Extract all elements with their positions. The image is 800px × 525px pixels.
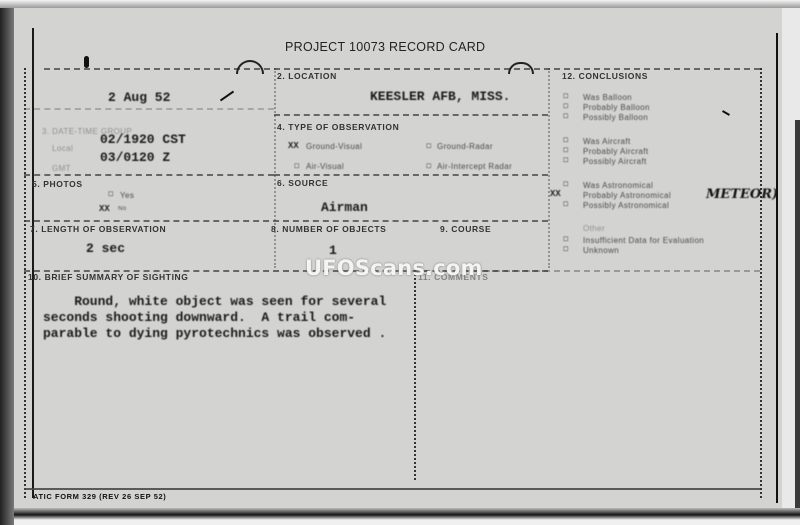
scan-right-shadow [795,120,800,520]
divider-date [24,108,274,110]
brief-summary-text: Round, white object was seen for several… [43,294,423,342]
option-label: Possibly Aircraft [583,157,647,166]
option-label: Was Balloon [583,93,632,102]
option-label: Ground-Visual [306,142,362,151]
checkbox-mark: ☐ [563,234,568,244]
location-label: 2. LOCATION [277,71,337,81]
number-of-objects-label: 8. NUMBER OF OBJECTS [271,224,386,234]
scan-top-edge [0,0,800,8]
dtg-gmt-value: 03/0120 Z [100,150,170,165]
option-label: Insufficient Data for Evaluation [583,236,704,245]
card-title: PROJECT 10073 RECORD CARD [285,40,485,54]
ink-stroke [722,110,730,116]
checkbox-mark: ☐ [426,161,431,171]
source-value: Airman [321,200,368,215]
option-label: No [118,206,126,212]
checkbox-mark: XX [99,204,110,214]
course-label: 9. COURSE [440,224,491,234]
punch-mark-arc [508,62,534,74]
source-label: 6. SOURCE [277,178,328,188]
conclusions-label: 12. CONCLUSIONS [562,71,648,81]
checkbox-mark: ☐ [294,161,299,171]
checkbox-mark: ☐ [108,189,113,199]
photos-label: 5. PHOTOS [32,179,83,189]
location-value: KEESLER AFB, MISS. [370,89,510,104]
column-divider-1 [274,68,276,268]
card-left-border [24,68,26,498]
card-edge-line [776,33,778,503]
option-label: Air-Visual [306,162,344,171]
option-label: Was Aircraft [583,137,631,146]
punch-mark-arc [236,60,264,74]
checkbox-mark: ☐ [563,244,568,254]
scan-left-edge [0,8,14,525]
brief-summary-label: 10. BRIEF SUMMARY OF SIGHTING [28,272,189,282]
scanned-document: PROJECT 10073 RECORD CARD 2 Aug 52 2. LO… [0,0,800,525]
dtg-gmt-label: GMT [52,164,71,173]
checkbox-mark: ☐ [563,145,568,155]
type-of-observation-label: 4. TYPE OF OBSERVATION [277,122,399,132]
option-label: Probably Aircraft [583,147,649,156]
divider-photos [24,220,548,222]
length-of-observation-label: 7. LENGTH OF OBSERVATION [30,224,166,234]
option-label: Unknown [583,246,619,255]
option-label: Air-Intercept Radar [437,162,512,171]
option-label: Probably Balloon [583,103,650,112]
option-label: Was Astronomical [583,181,653,190]
dtg-local-label: Local [52,144,73,153]
checkbox-mark: ☐ [563,91,568,101]
option-label: Probably Astronomical [583,191,671,200]
checkbox-mark: ☐ [563,199,568,209]
checkbox-mark: ☐ [563,101,568,111]
ink-stroke [220,91,234,102]
option-label: Possibly Balloon [583,113,648,122]
watermark: UFOScans.com [305,256,483,280]
option-label: Possibly Astronomical [583,201,669,210]
checkbox-mark: ☐ [426,141,431,151]
handwritten-annotation: METEOR) [706,187,778,202]
scan-bottom-edge [14,508,800,525]
divider-location [274,114,548,116]
divider-top [44,68,760,70]
option-label: Other [583,224,605,233]
divider-type [274,174,548,176]
length-of-observation-value: 2 sec [86,241,125,256]
checkbox-mark: XX [288,141,299,151]
dtg-local-value: 02/1920 CST [100,132,186,147]
option-label: Yes [120,191,134,200]
checkbox-mark: ☐ [563,179,568,189]
date-value: 2 Aug 52 [108,90,170,105]
divider-dtg [24,174,274,176]
card-right-border [760,68,762,498]
option-label: Ground-Radar [437,142,493,151]
card-left-edge-line [32,28,34,498]
form-identifier: ATIC FORM 329 (REV 26 SEP 52) [33,492,166,501]
checkbox-mark: XX [550,189,561,199]
checkbox-mark: ☐ [563,135,568,145]
ink-blot [84,56,89,68]
checkbox-mark: ☐ [563,155,568,165]
divider-bottom [24,488,760,490]
checkbox-mark: ☐ [563,111,568,121]
column-divider-2 [548,68,550,268]
